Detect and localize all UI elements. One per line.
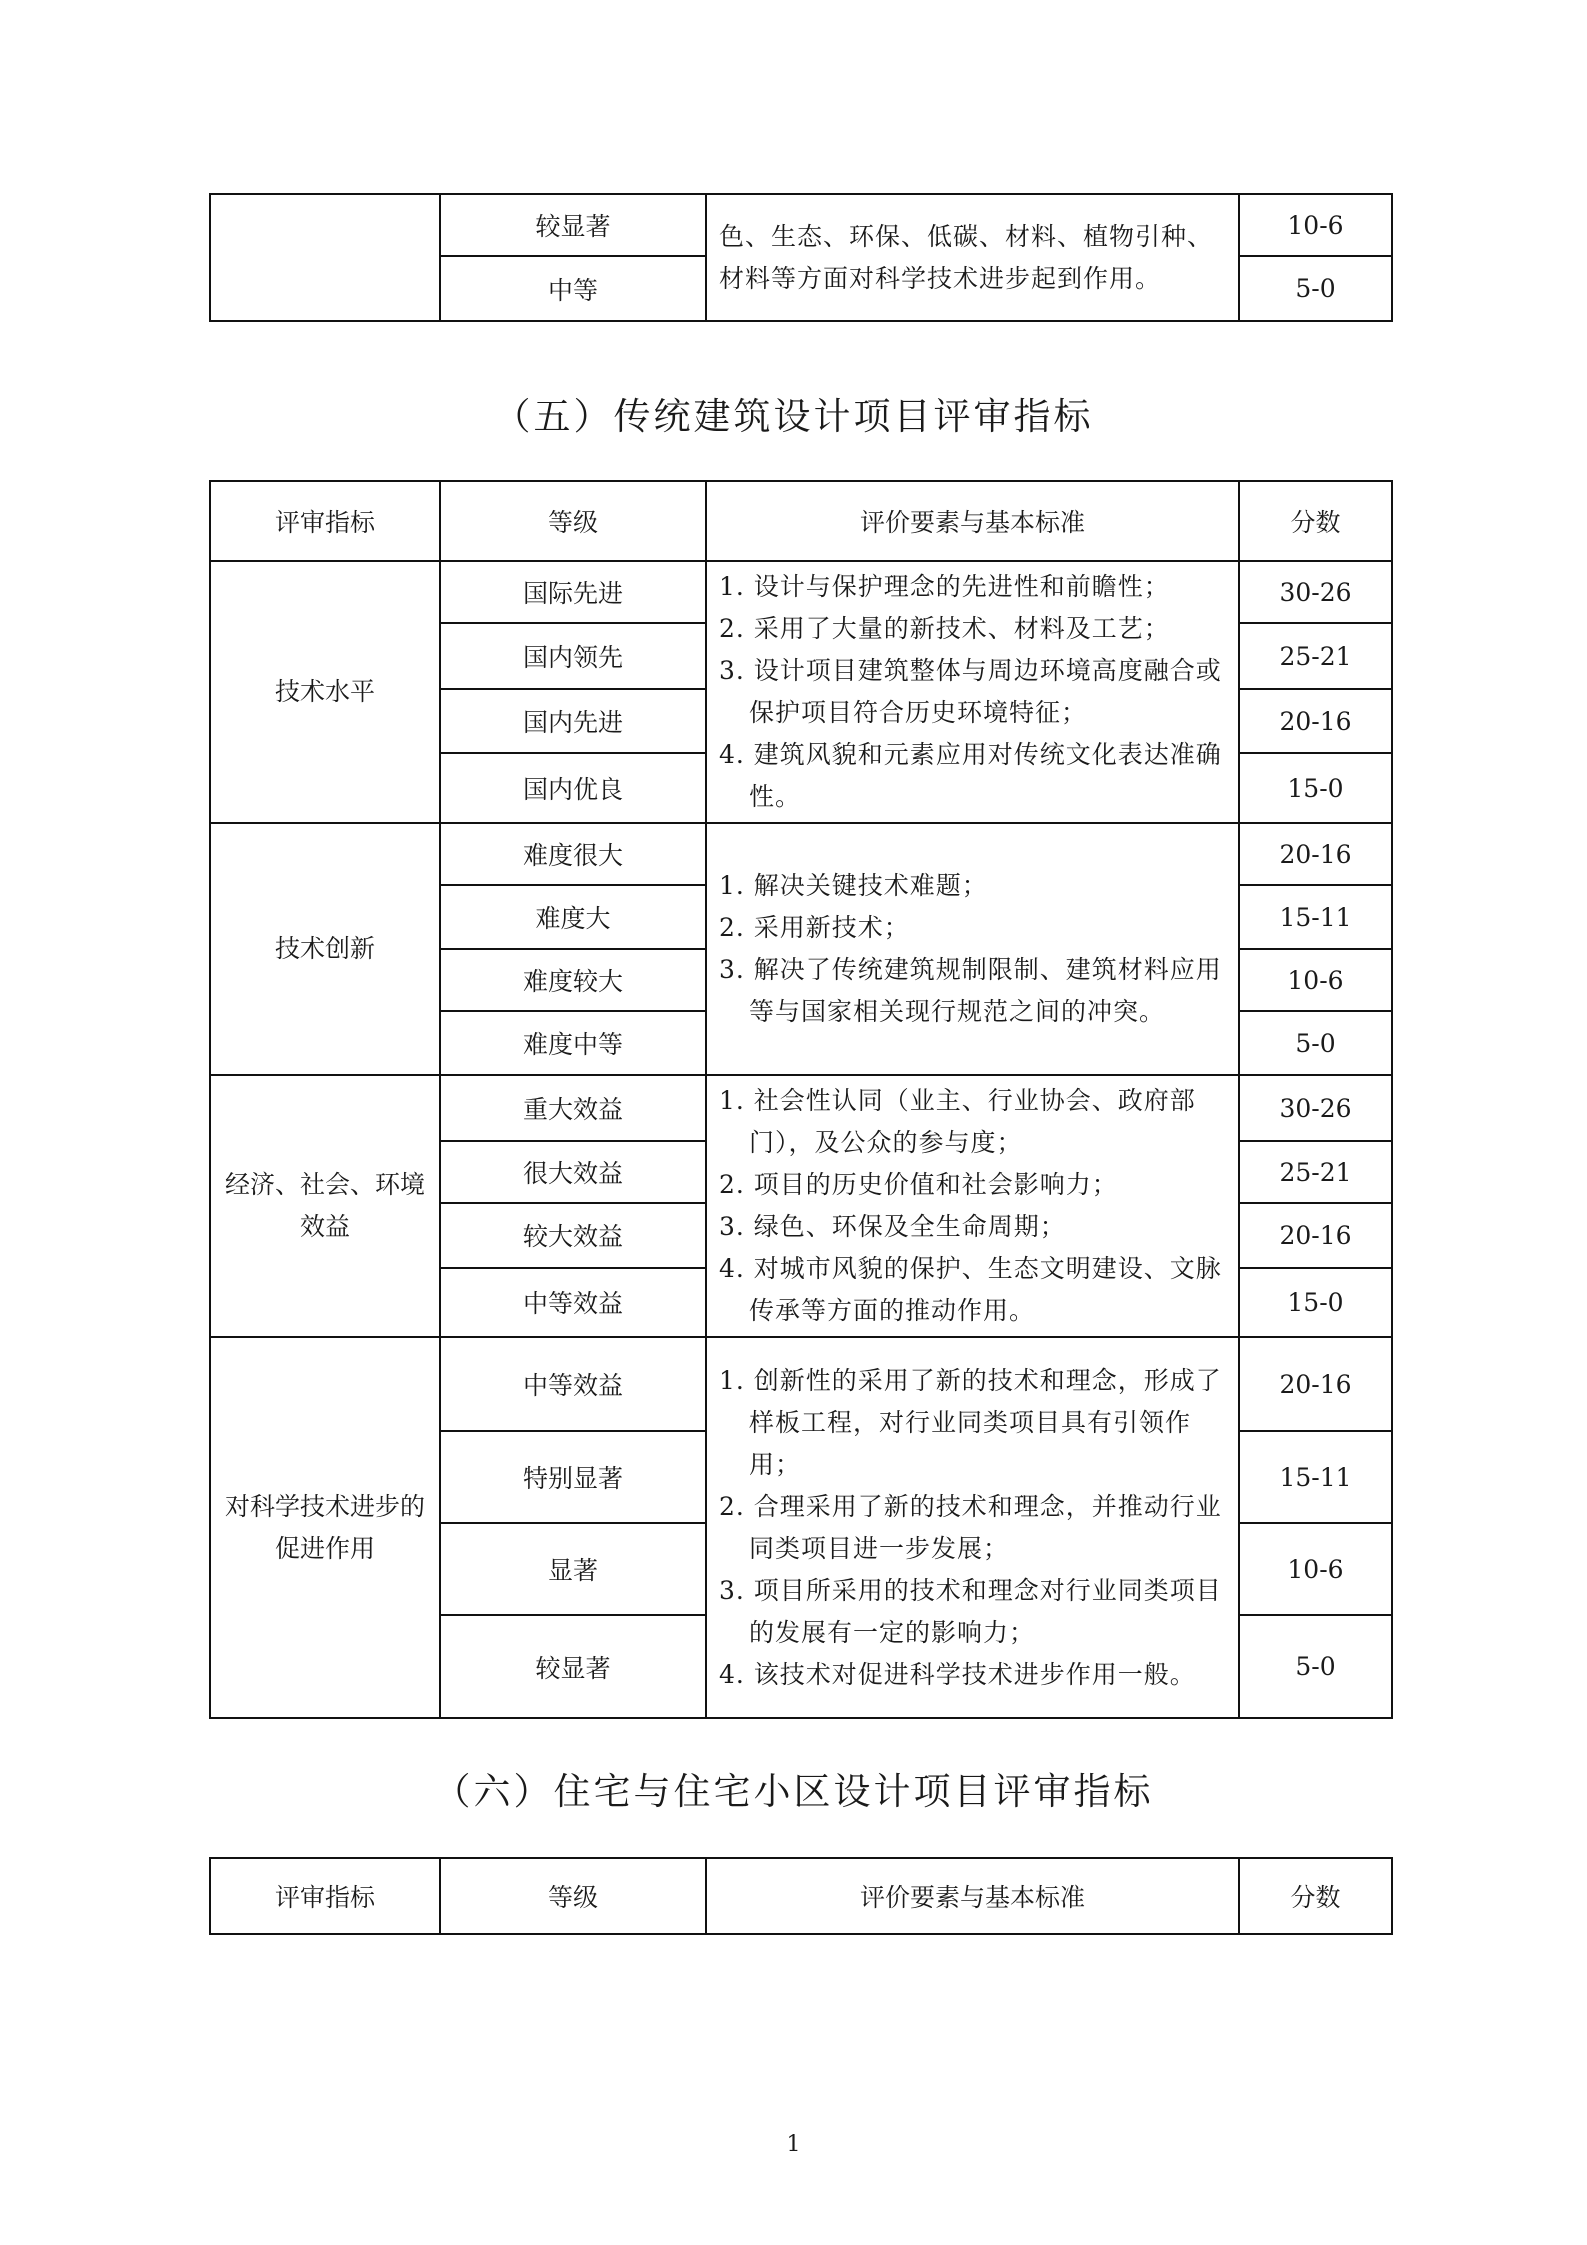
score-cell: 15-11: [1239, 885, 1392, 949]
grade-cell: 较显著: [440, 194, 706, 256]
score-cell: 10-6: [1239, 194, 1392, 256]
grade-cell: 较大效益: [440, 1203, 706, 1267]
score-cell: 15-0: [1239, 753, 1392, 823]
grade-cell: 显著: [440, 1523, 706, 1615]
grade-cell: 很大效益: [440, 1141, 706, 1203]
indicator-cell: 技术创新: [210, 823, 440, 1075]
criteria-item: 4. 建筑风貌和元素应用对传统文化表达准确性。: [719, 734, 1228, 818]
criteria-item: 4. 对城市风貌的保护、生态文明建设、文脉传承等方面的推动作用。: [719, 1248, 1228, 1332]
header-criteria: 评价要素与基本标准: [706, 1858, 1239, 1934]
score-cell: 20-16: [1239, 1337, 1392, 1431]
criteria-item: 3. 设计项目建筑整体与周边环境高度融合或保护项目符合历史环境特征；: [719, 650, 1228, 734]
grade-cell: 较显著: [440, 1615, 706, 1718]
grade-cell: 难度中等: [440, 1011, 706, 1075]
criteria-item: 1. 创新性的采用了新的技术和理念，形成了样板工程，对行业同类项目具有引领作用；: [719, 1360, 1228, 1486]
table-row: 技术创新 难度很大 1. 解决关键技术难题； 2. 采用新技术； 3. 解决了传…: [210, 823, 1392, 885]
grade-cell: 国内先进: [440, 689, 706, 753]
score-cell: 20-16: [1239, 1203, 1392, 1267]
indicator-cell: 技术水平: [210, 561, 440, 823]
score-cell: 10-6: [1239, 1523, 1392, 1615]
residential-indicator-table: 评审指标 等级 评价要素与基本标准 分数: [209, 1857, 1393, 1935]
criteria-item: 1. 社会性认同（业主、行业协会、政府部门），及公众的参与度；: [719, 1080, 1228, 1164]
score-cell: 15-0: [1239, 1268, 1392, 1337]
grade-cell: 国内领先: [440, 623, 706, 689]
criteria-item: 2. 合理采用了新的技术和理念，并推动行业同类项目进一步发展；: [719, 1486, 1228, 1570]
header-grade: 等级: [440, 1858, 706, 1934]
score-cell: 5-0: [1239, 256, 1392, 321]
table-header-row: 评审指标 等级 评价要素与基本标准 分数: [210, 481, 1392, 561]
score-cell: 10-6: [1239, 949, 1392, 1011]
criteria-item: 4. 该技术对促进科学技术进步作用一般。: [719, 1654, 1228, 1696]
criteria-cell: 1. 创新性的采用了新的技术和理念，形成了样板工程，对行业同类项目具有引领作用；…: [706, 1337, 1239, 1718]
grade-cell: 中等效益: [440, 1268, 706, 1337]
table-row: 经济、社会、环境效益 重大效益 1. 社会性认同（业主、行业协会、政府部门），及…: [210, 1075, 1392, 1141]
table-row: 技术水平 国际先进 1. 设计与保护理念的先进性和前瞻性； 2. 采用了大量的新…: [210, 561, 1392, 623]
criteria-item: 3. 绿色、环保及全生命周期；: [719, 1206, 1228, 1248]
section-title: （五）传统建筑设计项目评审指标: [0, 386, 1587, 440]
criteria-item: 3. 解决了传统建筑规制限制、建筑材料应用等与国家相关现行规范之间的冲突。: [719, 949, 1228, 1033]
score-cell: 15-11: [1239, 1431, 1392, 1523]
criteria-cell: 1. 解决关键技术难题； 2. 采用新技术； 3. 解决了传统建筑规制限制、建筑…: [706, 823, 1239, 1075]
grade-cell: 国内优良: [440, 753, 706, 823]
score-cell: 25-21: [1239, 1141, 1392, 1203]
score-cell: 5-0: [1239, 1011, 1392, 1075]
criteria-item: 1. 设计与保护理念的先进性和前瞻性；: [719, 566, 1228, 608]
score-cell: 30-26: [1239, 1075, 1392, 1141]
criteria-item: 2. 项目的历史价值和社会影响力；: [719, 1164, 1228, 1206]
score-cell: 25-21: [1239, 623, 1392, 689]
score-cell: 20-16: [1239, 689, 1392, 753]
grade-cell: 难度较大: [440, 949, 706, 1011]
grade-cell: 国际先进: [440, 561, 706, 623]
criteria-cell: 色、生态、环保、低碳、材料、植物引种、材料等方面对科学技术进步起到作用。: [706, 194, 1239, 321]
criteria-item: 2. 采用了大量的新技术、材料及工艺；: [719, 608, 1228, 650]
table-row: 对科学技术进步的促进作用 中等效益 1. 创新性的采用了新的技术和理念，形成了样…: [210, 1337, 1392, 1431]
grade-cell: 中等: [440, 256, 706, 321]
header-indicator: 评审指标: [210, 1858, 440, 1934]
grade-cell: 难度大: [440, 885, 706, 949]
header-grade: 等级: [440, 481, 706, 561]
score-cell: 5-0: [1239, 1615, 1392, 1718]
score-cell: 20-16: [1239, 823, 1392, 885]
indicator-cell: [210, 194, 440, 321]
header-criteria: 评价要素与基本标准: [706, 481, 1239, 561]
grade-cell: 特别显著: [440, 1431, 706, 1523]
table-header-row: 评审指标 等级 评价要素与基本标准 分数: [210, 1858, 1392, 1934]
score-cell: 30-26: [1239, 561, 1392, 623]
indicator-cell: 经济、社会、环境效益: [210, 1075, 440, 1337]
criteria-item: 3. 项目所采用的技术和理念对行业同类项目的发展有一定的影响力；: [719, 1570, 1228, 1654]
grade-cell: 重大效益: [440, 1075, 706, 1141]
criteria-cell: 1. 设计与保护理念的先进性和前瞻性； 2. 采用了大量的新技术、材料及工艺； …: [706, 561, 1239, 823]
indicator-cell: 对科学技术进步的促进作用: [210, 1337, 440, 1718]
criteria-item: 2. 采用新技术；: [719, 907, 1228, 949]
header-score: 分数: [1239, 1858, 1392, 1934]
criteria-item: 1. 解决关键技术难题；: [719, 865, 1228, 907]
grade-cell: 难度很大: [440, 823, 706, 885]
section-title: （六）住宅与住宅小区设计项目评审指标: [0, 1761, 1587, 1815]
table-row: 较显著 色、生态、环保、低碳、材料、植物引种、材料等方面对科学技术进步起到作用。…: [210, 194, 1392, 256]
review-indicator-table: 评审指标 等级 评价要素与基本标准 分数 技术水平 国际先进 1. 设计与保护理…: [209, 480, 1393, 1719]
page-number: 1: [0, 2132, 1587, 2157]
criteria-cell: 1. 社会性认同（业主、行业协会、政府部门），及公众的参与度； 2. 项目的历史…: [706, 1075, 1239, 1337]
grade-cell: 中等效益: [440, 1337, 706, 1431]
header-score: 分数: [1239, 481, 1392, 561]
continued-table: 较显著 色、生态、环保、低碳、材料、植物引种、材料等方面对科学技术进步起到作用。…: [209, 193, 1393, 322]
header-indicator: 评审指标: [210, 481, 440, 561]
